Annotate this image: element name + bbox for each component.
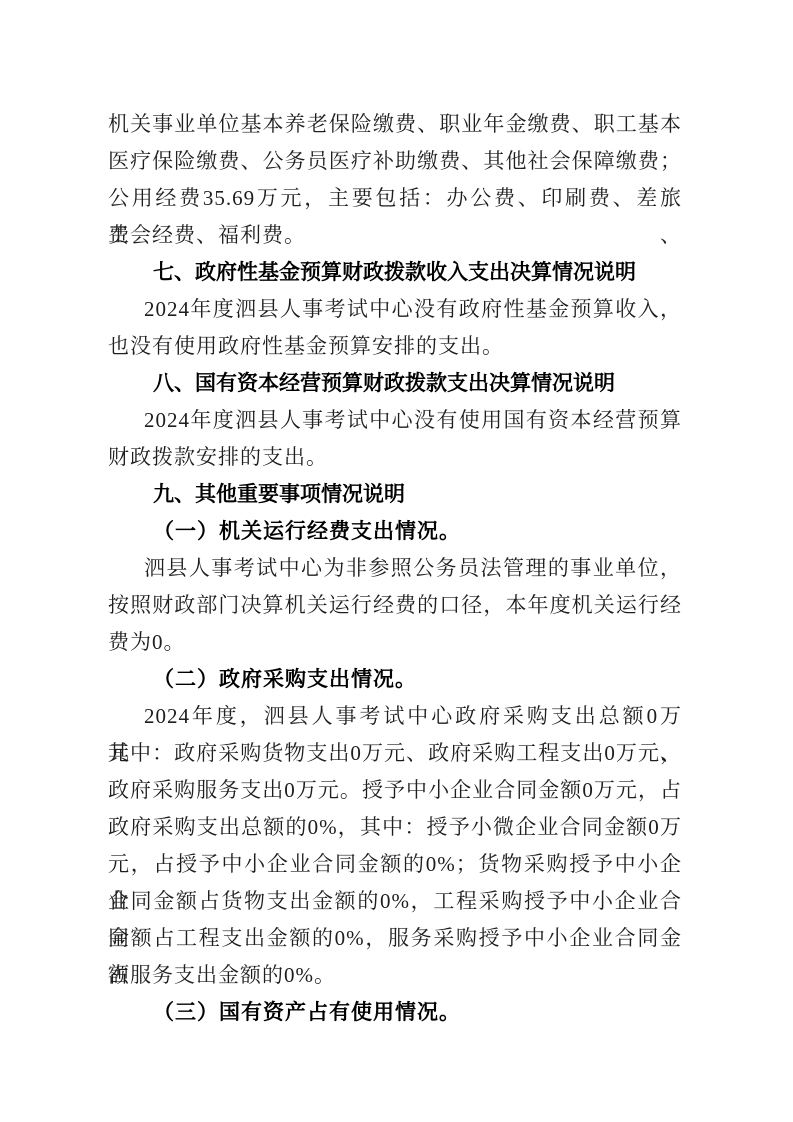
- body-text-line: 政府采购支出总额的0%，其中：授予小微企业合同金额0万: [108, 809, 682, 846]
- body-text-line: 其中：政府采购货物支出0万元、政府采购工程支出0万元、: [108, 735, 682, 772]
- section-9-sub-3: （三）国有资产占有使用情况。: [108, 994, 682, 1031]
- body-text-line: 泗县人事考试中心为非参照公务员法管理的事业单位，: [108, 550, 682, 587]
- section-7-heading: 七、政府性基金预算财政拨款收入支出决算情况说明: [108, 254, 682, 291]
- section-9-sub-2-heading: （二）政府采购支出情况。: [108, 661, 682, 698]
- section-9-sub-1-heading: （一）机关运行经费支出情况。: [108, 513, 682, 550]
- page-content: 机关事业单位基本养老保险缴费、职业年金缴费、职工基本 医疗保险缴费、公务员医疗补…: [108, 106, 682, 1031]
- body-text-line: 2024年度，泗县人事考试中心政府采购支出总额0万元，: [108, 698, 682, 735]
- body-text-line: 合同金额占货物支出金额的0%，工程采购授予中小企业合同: [108, 883, 682, 920]
- paragraph-basic-expense: 机关事业单位基本养老保险缴费、职业年金缴费、职工基本 医疗保险缴费、公务员医疗补…: [108, 106, 682, 254]
- section-9-sub-1: （一）机关运行经费支出情况。 泗县人事考试中心为非参照公务员法管理的事业单位， …: [108, 513, 682, 661]
- section-9-sub-3-heading: （三）国有资产占有使用情况。: [108, 994, 682, 1031]
- section-9-sub-2: （二）政府采购支出情况。 2024年度，泗县人事考试中心政府采购支出总额0万元，…: [108, 661, 682, 994]
- body-text-line: 2024年度泗县人事考试中心没有使用国有资本经营预算: [108, 402, 682, 439]
- document-page: 机关事业单位基本养老保险缴费、职业年金缴费、职工基本 医疗保险缴费、公务员医疗补…: [0, 0, 793, 1122]
- body-text-line: 占服务支出金额的0%。: [108, 957, 682, 994]
- body-text-line: 也没有使用政府性基金预算安排的支出。: [108, 328, 682, 365]
- body-text-line: 按照财政部门决算机关运行经费的口径，本年度机关运行经: [108, 587, 682, 624]
- body-text-line: 财政拨款安排的支出。: [108, 439, 682, 476]
- body-text-line: 费为0。: [108, 624, 682, 661]
- body-text-line: 元，占授予中小企业合同金额的0%；货物采购授予中小企业: [108, 846, 682, 883]
- body-text-line: 2024年度泗县人事考试中心没有政府性基金预算收入，: [108, 291, 682, 328]
- section-8-heading: 八、国有资本经营预算财政拨款支出决算情况说明: [108, 365, 682, 402]
- body-text-line: 公用经费35.69万元，主要包括：办公费、印刷费、差旅费、: [108, 180, 682, 217]
- body-text-line: 机关事业单位基本养老保险缴费、职业年金缴费、职工基本: [108, 106, 682, 143]
- section-8: 八、国有资本经营预算财政拨款支出决算情况说明 2024年度泗县人事考试中心没有使…: [108, 365, 682, 476]
- section-7: 七、政府性基金预算财政拨款收入支出决算情况说明 2024年度泗县人事考试中心没有…: [108, 254, 682, 365]
- body-text-line: 医疗保险缴费、公务员医疗补助缴费、其他社会保障缴费；: [108, 143, 682, 180]
- section-9: 九、其他重要事项情况说明 （一）机关运行经费支出情况。 泗县人事考试中心为非参照…: [108, 476, 682, 1031]
- body-text-line: 金额占工程支出金额的0%，服务采购授予中小企业合同金额: [108, 920, 682, 957]
- section-9-heading: 九、其他重要事项情况说明: [108, 476, 682, 513]
- body-text-line: 政府采购服务支出0万元。授予中小企业合同金额0万元，占: [108, 772, 682, 809]
